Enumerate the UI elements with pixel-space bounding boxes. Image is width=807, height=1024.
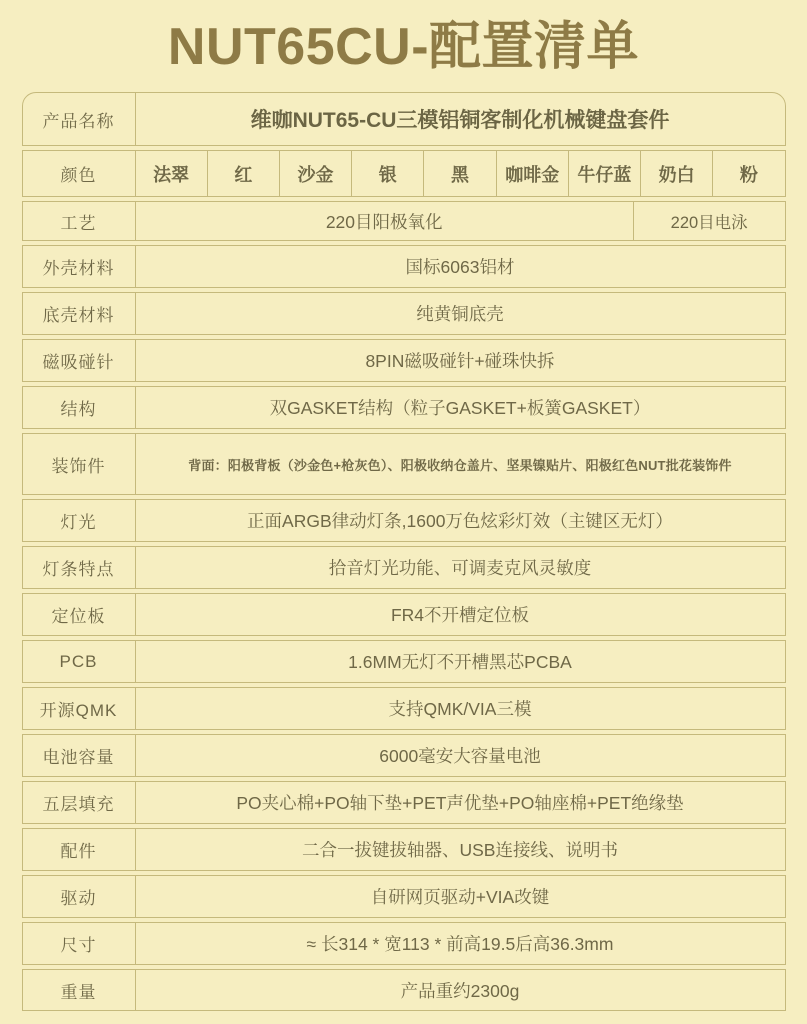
spec-sheet-page: NUT65CU-配置清单 产品名称 维咖NUT65-CU三模铝铜客制化机械键盘套…	[0, 0, 807, 1024]
row-value: 支持QMK/VIA三模	[135, 688, 785, 729]
row-value: 纯黄铜底壳	[135, 293, 785, 334]
row-label: 外壳材料	[23, 246, 135, 287]
table-row-lightbar-features: 灯条特点 拾音灯光功能、可调麦克风灵敏度	[22, 546, 786, 589]
table-row-product-name: 产品名称 维咖NUT65-CU三模铝铜客制化机械键盘套件	[22, 92, 786, 146]
table-row-pogo-pin: 磁吸碰针 8PIN磁吸碰针+碰珠快拆	[22, 339, 786, 382]
table-row-foam-layers: 五层填充 PO夹心棉+PO轴下垫+PET声优垫+PO轴座棉+PET绝缘垫	[22, 781, 786, 824]
row-value: 6000毫安大容量电池	[135, 735, 785, 776]
row-label: 五层填充	[23, 782, 135, 823]
table-row-pcb: PCB 1.6MM无灯不开槽黑芯PCBA	[22, 640, 786, 683]
table-row-case-material: 外壳材料 国标6063铝材	[22, 245, 786, 288]
row-label: 定位板	[23, 594, 135, 635]
table-row-bottom-material: 底壳材料 纯黄铜底壳	[22, 292, 786, 335]
row-label: 重量	[23, 970, 135, 1010]
row-label: 驱动	[23, 876, 135, 917]
row-value: 拾音灯光功能、可调麦克风灵敏度	[135, 547, 785, 588]
table-row-plate: 定位板 FR4不开槽定位板	[22, 593, 786, 636]
row-label: 磁吸碰针	[23, 340, 135, 381]
product-name-value: 维咖NUT65-CU三模铝铜客制化机械键盘套件	[135, 93, 785, 145]
row-value: 正面ARGB律动灯条,1600万色炫彩灯效（主键区无灯）	[135, 500, 785, 541]
row-value: 自研网页驱动+VIA改键	[135, 876, 785, 917]
spec-table: 产品名称 维咖NUT65-CU三模铝铜客制化机械键盘套件 颜色 法翠 红 沙金 …	[22, 92, 786, 1011]
table-row-qmk: 开源QMK 支持QMK/VIA三模	[22, 687, 786, 730]
row-value: 8PIN磁吸碰针+碰珠快拆	[135, 340, 785, 381]
color-option: 法翠	[135, 151, 207, 196]
color-option: 牛仔蓝	[568, 151, 640, 196]
row-label: 工艺	[23, 202, 135, 240]
table-row-lighting: 灯光 正面ARGB律动灯条,1600万色炫彩灯效（主键区无灯）	[22, 499, 786, 542]
row-label: 产品名称	[23, 93, 135, 145]
row-label: PCB	[23, 641, 135, 682]
row-value: 1.6MM无灯不开槽黑芯PCBA	[135, 641, 785, 682]
row-value: 二合一拔键拔轴器、USB连接线、说明书	[135, 829, 785, 870]
table-row-structure: 结构 双GASKET结构（粒子GASKET+板簧GASKET）	[22, 386, 786, 429]
row-value: 国标6063铝材	[135, 246, 785, 287]
color-option: 黑	[423, 151, 495, 196]
table-row-dimensions: 尺寸 ≈ 长314 * 宽113 * 前高19.5后高36.3mm	[22, 922, 786, 965]
row-value: FR4不开槽定位板	[135, 594, 785, 635]
table-row-decorations: 装饰件 背面：阳极背板（沙金色+枪灰色）、阳极收纳仓盖片、坚果镍贴片、阳极红色N…	[22, 433, 786, 495]
row-label: 灯条特点	[23, 547, 135, 588]
row-value: ≈ 长314 * 宽113 * 前高19.5后高36.3mm	[135, 923, 785, 964]
row-label: 配件	[23, 829, 135, 870]
table-row-battery: 电池容量 6000毫安大容量电池	[22, 734, 786, 777]
color-option: 银	[351, 151, 423, 196]
row-label: 电池容量	[23, 735, 135, 776]
color-option: 咖啡金	[496, 151, 568, 196]
table-row-craft: 工艺 220目阳极氧化 220目电泳	[22, 201, 786, 241]
color-option: 沙金	[279, 151, 351, 196]
color-option: 红	[207, 151, 279, 196]
row-label: 装饰件	[23, 434, 135, 494]
row-label: 结构	[23, 387, 135, 428]
row-label: 底壳材料	[23, 293, 135, 334]
row-label: 灯光	[23, 500, 135, 541]
page-title: NUT65CU-配置清单	[0, 0, 807, 92]
row-label: 尺寸	[23, 923, 135, 964]
craft-anodized-value: 220目阳极氧化	[135, 202, 633, 240]
row-value: PO夹心棉+PO轴下垫+PET声优垫+PO轴座棉+PET绝缘垫	[135, 782, 785, 823]
row-value: 背面：阳极背板（沙金色+枪灰色）、阳极收纳仓盖片、坚果镍贴片、阳极红色NUT批花…	[135, 434, 785, 494]
table-row-driver: 驱动 自研网页驱动+VIA改键	[22, 875, 786, 918]
table-row-weight: 重量 产品重约2300g	[22, 969, 786, 1011]
color-option: 粉	[712, 151, 784, 196]
table-row-colors: 颜色 法翠 红 沙金 银 黑 咖啡金 牛仔蓝 奶白 粉	[22, 150, 786, 197]
table-row-accessories: 配件 二合一拔键拔轴器、USB连接线、说明书	[22, 828, 786, 871]
row-label: 颜色	[23, 151, 135, 196]
row-value: 产品重约2300g	[135, 970, 785, 1010]
craft-electrophoresis-value: 220目电泳	[633, 202, 785, 240]
row-value: 双GASKET结构（粒子GASKET+板簧GASKET）	[135, 387, 785, 428]
row-label: 开源QMK	[23, 688, 135, 729]
color-option: 奶白	[640, 151, 712, 196]
